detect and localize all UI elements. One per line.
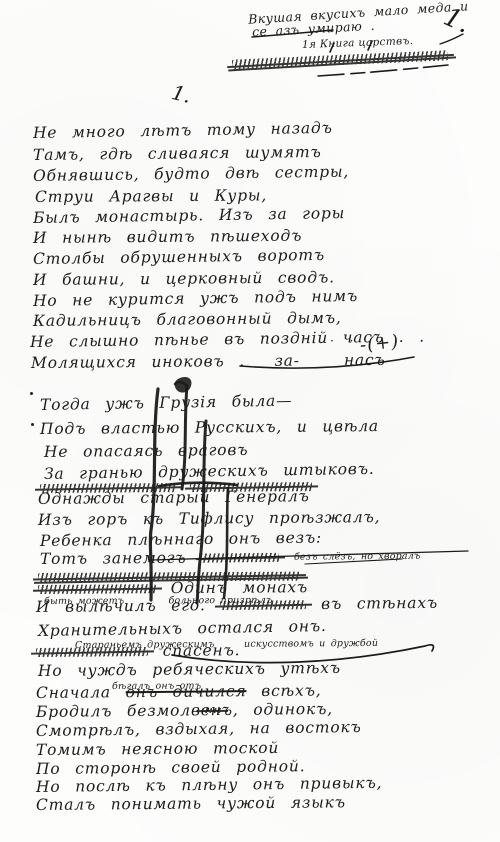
text-segment: Тотъ занемогъ — [40, 549, 201, 568]
text-segment: Не много лѣтъ тому назадъ — [33, 119, 333, 142]
text-segment: Тамъ, гдѣ сливаяся шумятъ — [33, 143, 322, 164]
text-segment: Однажды старый Генералъ — [38, 487, 310, 508]
manuscript-line: Смотрѣлъ, вздыхая, на востокъ — [36, 718, 362, 740]
text-segment: Столбы обрушенныхъ воротъ — [33, 246, 325, 268]
manuscript-line: спасенъ. — [36, 641, 241, 661]
scribble-stroke — [36, 647, 148, 657]
text-segment: Кадильницъ благовонный дымъ, — [33, 309, 342, 330]
scribble-stroke — [220, 600, 306, 610]
manuscript-line: Молящихся иноковъ . за- насъ — [31, 351, 386, 372]
text-segment: Но не курится ужъ подъ нимъ — [33, 287, 358, 310]
manuscript-line: И вылѣчилъ его. въ стѣнахъ — [36, 594, 438, 616]
manuscript-line: И нынѣ видитъ пѣшеходъ — [33, 227, 302, 247]
text-segment: Струи Арагвы и Куры, — [35, 186, 267, 206]
manuscript-line: Не много лѣтъ тому назадъ — [33, 119, 333, 142]
manuscript-line: Сталъ понимать чужой языкъ — [36, 793, 346, 814]
text-segment: Бродилъ безмолвенъ, одинокъ, — [36, 700, 333, 721]
text-segment: Сталъ понимать чужой языкъ — [36, 793, 346, 814]
crossed-out-epigraph-scribble — [232, 50, 448, 69]
manuscript-line: И башни, и церковный сводъ. — [33, 268, 335, 289]
manuscript-line: Тогда ужъ Грузія была— — [40, 392, 293, 414]
text-segment: безъ слёзъ, но хворалъ — [294, 551, 421, 563]
chapter-number: 1. — [169, 80, 193, 108]
manuscript-line: Изъ горъ къ Тифлису проѣзжалъ, — [38, 508, 381, 529]
text-segment: Подъ властью Русскихъ, и цвѣла — [40, 417, 379, 438]
text-segment: спасенъ. — [148, 641, 241, 660]
text-segment: Не опасаясь враговъ — [44, 441, 248, 461]
manuscript-line: Тотъ занемогъ безъ слёзъ, но хворалъ — [40, 547, 421, 568]
text-segment: Изъ горъ къ Тифлису проѣзжалъ, — [38, 508, 381, 529]
text-segment: И башни, и церковный сводъ. — [33, 268, 335, 289]
manuscript-line: Струи Арагвы и Куры, — [35, 186, 267, 206]
manuscript-page: Вкушая вкусихъ мало меда и се азъ умираю… — [0, 0, 500, 842]
text-segment: И вылѣчилъ его. — [36, 596, 221, 616]
manuscript-line: Тамъ, гдѣ сливаяся шумятъ — [33, 143, 322, 164]
text-segment: искусствомъ и дружбой — [244, 638, 378, 650]
manuscript-line: Однажды старый Генералъ — [38, 487, 310, 508]
text-segment: Смотрѣлъ, вздыхая, на востокъ — [36, 718, 362, 740]
scribble-stroke — [201, 553, 279, 563]
ink-blot — [175, 377, 192, 393]
manuscript-line: Но не курится ужъ подъ нимъ — [33, 287, 358, 310]
margin-dot — [31, 423, 34, 426]
text-segment: всѣхъ, — [246, 682, 321, 701]
manuscript-line: Столбы обрушенныхъ воротъ — [33, 246, 325, 268]
epigraph-source: 1я Книга царствъ. — [302, 35, 414, 51]
deletion-stroke-hook — [175, 382, 187, 386]
text-segment: Ребенка плѣннаго онъ везъ: — [40, 529, 322, 550]
manuscript-line: Не опасаясь враговъ — [44, 441, 248, 461]
manuscript-line: Подъ властью Русскихъ, и цвѣла — [40, 417, 379, 438]
text-segment: Былъ монастырь. Изъ за горы — [33, 204, 345, 227]
manuscript-line: Сначала онъ дичился всѣхъ, — [36, 682, 322, 702]
manuscript-line: Былъ монастырь. Изъ за горы — [33, 204, 345, 227]
text-segment: Молящихся иноковъ . за- насъ — [31, 351, 386, 372]
text-segment: И нынѣ видитъ пѣшеходъ — [33, 227, 302, 247]
manuscript-line: Ребенка плѣннаго онъ везъ: — [40, 529, 322, 550]
manuscript-line: Томимъ неясною тоской — [36, 739, 279, 759]
epigraph-scribble-underline — [318, 65, 448, 76]
manuscript-line: Бродилъ безмолвенъ, одинокъ, — [36, 700, 333, 721]
text-segment: въ стѣнахъ — [306, 594, 438, 613]
text-segment: Обнявшись, будто двѣ сестры, — [33, 163, 349, 185]
text-segment: онъ дичился — [126, 682, 247, 701]
text-segment: Тогда ужъ Грузія была— — [40, 392, 293, 414]
manuscript-line: Обнявшись, будто двѣ сестры, — [33, 163, 349, 185]
margin-dot — [30, 392, 33, 395]
text-segment: Сначала — [36, 683, 126, 702]
manuscript-line: Кадильницъ благовонный дымъ, — [33, 309, 342, 330]
text-segment: Томимъ неясною тоской — [36, 739, 279, 759]
